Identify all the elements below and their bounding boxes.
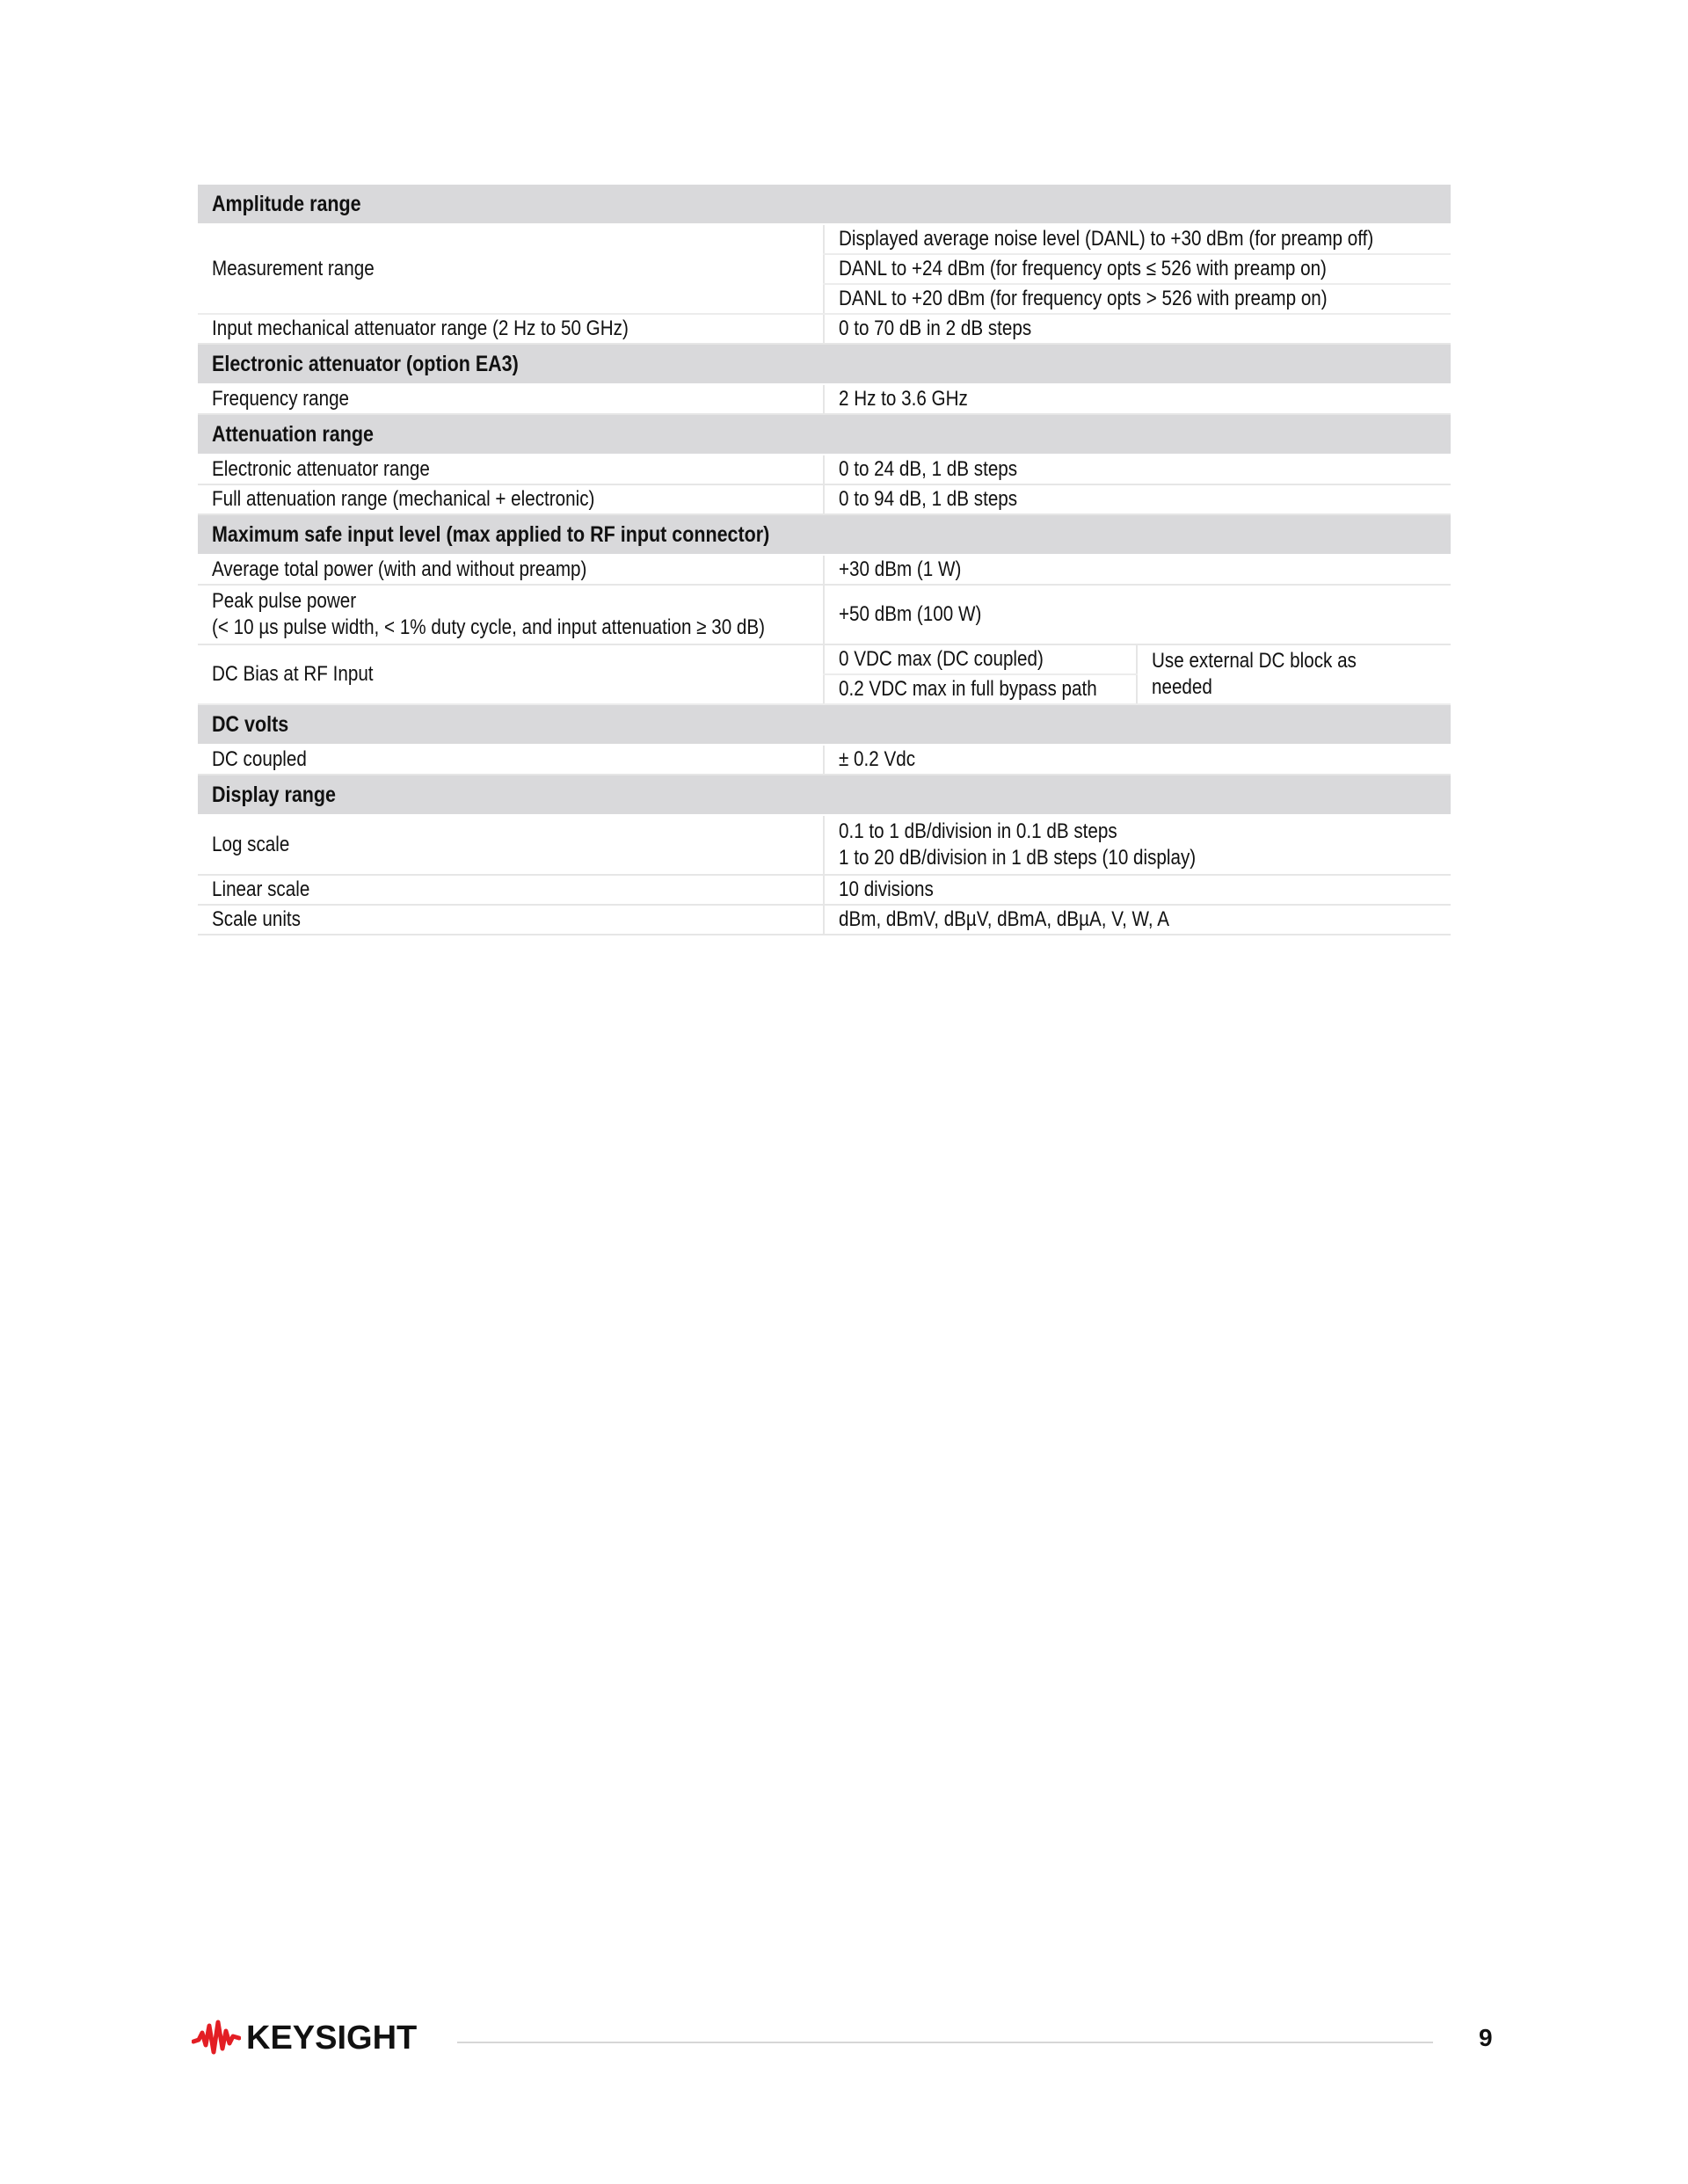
table-row: Full attenuation range (mechanical + ele… xyxy=(198,484,1451,514)
footer-divider xyxy=(457,2042,1433,2043)
section-header-max-safe-input: Maximum safe input level (max applied to… xyxy=(198,514,1451,555)
section-title: DC volts xyxy=(212,711,288,738)
spec-value: 2 Hz to 3.6 GHz xyxy=(839,386,968,412)
spec-label: Log scale xyxy=(212,832,289,858)
spec-label: Average total power (with and without pr… xyxy=(212,557,586,583)
spec-value: 0 to 70 dB in 2 dB steps xyxy=(839,316,1031,342)
spec-note: needed xyxy=(1152,674,1212,701)
spec-value: DANL to +24 dBm (for frequency opts ≤ 52… xyxy=(839,256,1327,282)
spec-label: Scale units xyxy=(212,906,301,933)
table-row: DC coupled ± 0.2 Vdc xyxy=(198,745,1451,775)
table-row: Input mechanical attenuator range (2 Hz … xyxy=(198,314,1451,344)
spec-value: 0.1 to 1 dB/division in 0.1 dB steps xyxy=(839,819,1117,845)
table-row: DC Bias at RF Input 0 VDC max (DC couple… xyxy=(198,644,1451,674)
spec-value: +50 dBm (100 W) xyxy=(839,601,981,628)
spec-label: Peak pulse power xyxy=(212,588,356,615)
page-number: 9 xyxy=(1479,2024,1493,2052)
section-header-dc-volts: DC volts xyxy=(198,704,1451,745)
table-row: Peak pulse power (< 10 µs pulse width, <… xyxy=(198,585,1451,644)
table-row: Average total power (with and without pr… xyxy=(198,555,1451,585)
section-title: Electronic attenuator (option EA3) xyxy=(212,351,519,377)
spec-label-note: (< 10 µs pulse width, < 1% duty cycle, a… xyxy=(212,615,765,641)
spec-value: 0 to 24 dB, 1 dB steps xyxy=(839,456,1017,483)
spec-label: Input mechanical attenuator range (2 Hz … xyxy=(212,316,629,342)
keysight-logo: KEYSIGHT xyxy=(192,2019,417,2057)
table-row: Frequency range 2 Hz to 3.6 GHz xyxy=(198,384,1451,414)
spec-value: 0 VDC max (DC coupled) xyxy=(839,646,1044,673)
spec-value: 1 to 20 dB/division in 1 dB steps (10 di… xyxy=(839,845,1196,871)
section-title: Display range xyxy=(212,782,336,808)
section-header-display-range: Display range xyxy=(198,775,1451,815)
specifications-table: Amplitude range Measurement range Displa… xyxy=(198,185,1451,935)
table-row: Measurement range Displayed average nois… xyxy=(198,224,1451,254)
spec-label: Measurement range xyxy=(212,256,375,282)
table-row: Electronic attenuator range 0 to 24 dB, … xyxy=(198,455,1451,484)
spec-value: 0.2 VDC max in full bypass path xyxy=(839,676,1097,703)
section-header-electronic-attenuator: Electronic attenuator (option EA3) xyxy=(198,344,1451,384)
spec-value: 10 divisions xyxy=(839,877,934,903)
spec-value: Displayed average noise level (DANL) to … xyxy=(839,226,1373,252)
keysight-wave-icon xyxy=(192,2019,241,2057)
spec-label: DC Bias at RF Input xyxy=(212,661,374,688)
spec-label: Linear scale xyxy=(212,877,309,903)
spec-value: +30 dBm (1 W) xyxy=(839,557,961,583)
section-title: Amplitude range xyxy=(212,191,361,217)
section-header-attenuation-range: Attenuation range xyxy=(198,414,1451,455)
table-row: Log scale 0.1 to 1 dB/division in 0.1 dB… xyxy=(198,815,1451,875)
section-header-amplitude: Amplitude range xyxy=(198,185,1451,224)
brand-name: KEYSIGHT xyxy=(246,2020,417,2057)
section-title: Maximum safe input level (max applied to… xyxy=(212,521,769,548)
spec-label: Electronic attenuator range xyxy=(212,456,430,483)
spec-value: dBm, dBmV, dBµV, dBmA, dBµA, V, W, A xyxy=(839,906,1169,933)
spec-value: 0 to 94 dB, 1 dB steps xyxy=(839,486,1017,513)
section-title: Attenuation range xyxy=(212,421,374,448)
spec-label: DC coupled xyxy=(212,746,307,773)
table-row: Linear scale 10 divisions xyxy=(198,875,1451,905)
spec-label: Full attenuation range (mechanical + ele… xyxy=(212,486,594,513)
spec-value: ± 0.2 Vdc xyxy=(839,746,915,773)
spec-note: Use external DC block as xyxy=(1152,648,1357,674)
table-row: Scale units dBm, dBmV, dBµV, dBmA, dBµA,… xyxy=(198,905,1451,935)
spec-value: DANL to +20 dBm (for frequency opts > 52… xyxy=(839,286,1328,312)
spec-label: Frequency range xyxy=(212,386,349,412)
